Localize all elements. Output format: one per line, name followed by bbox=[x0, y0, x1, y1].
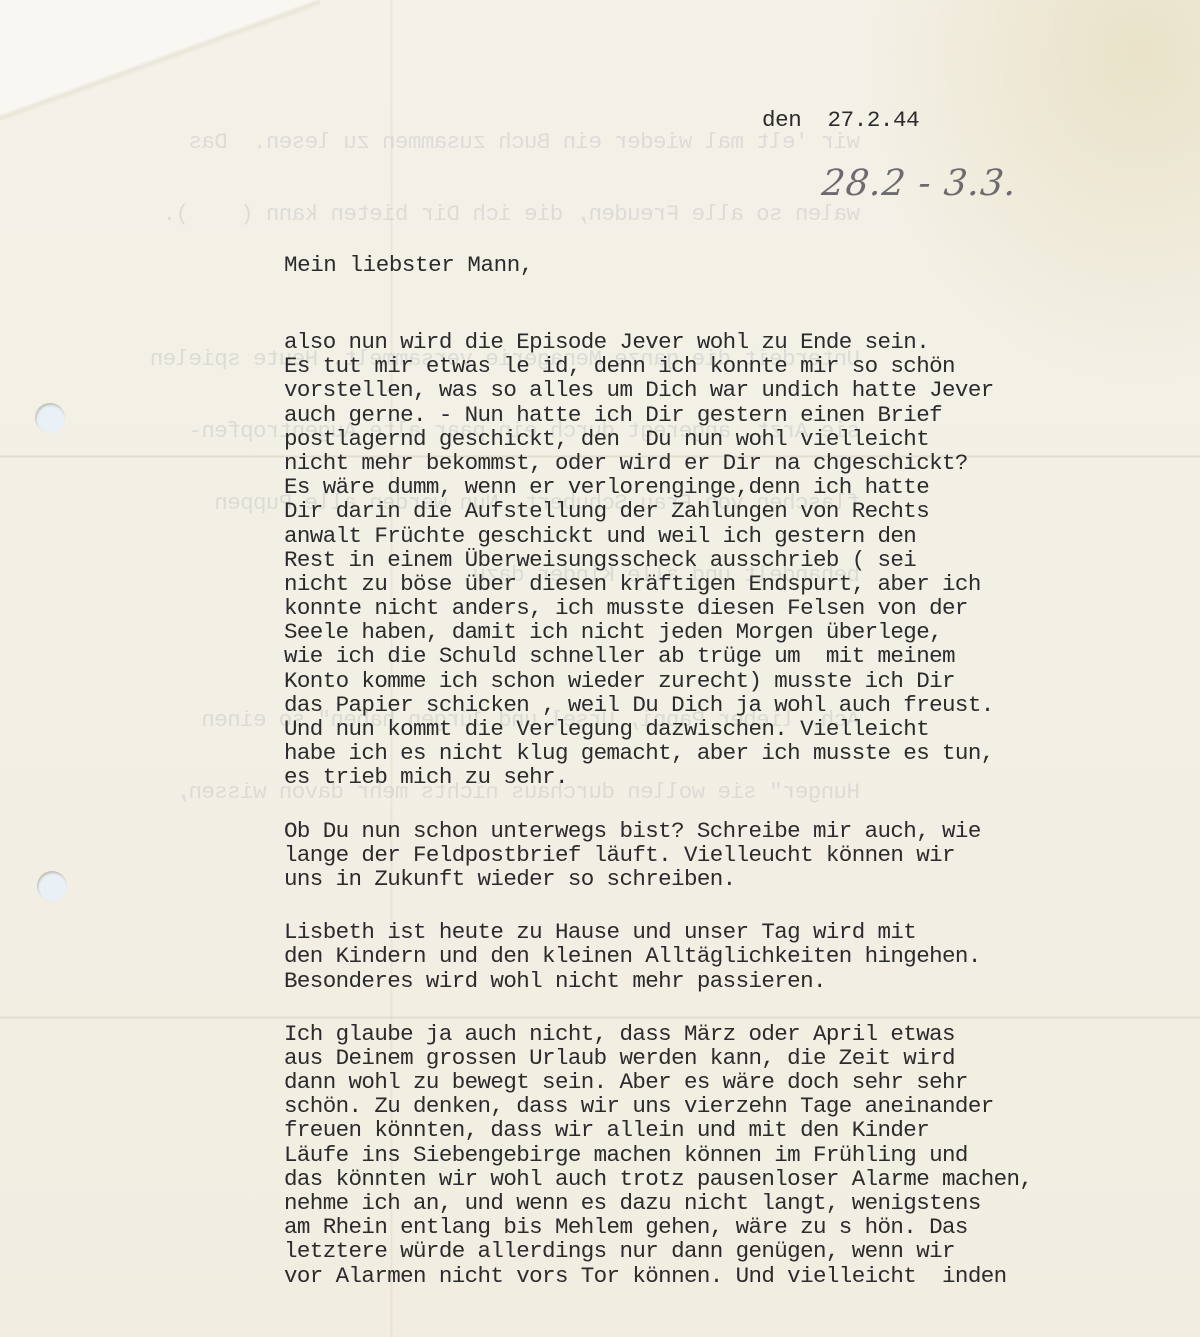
text-line: aus Deinem grossen Urlaub werden kann, d… bbox=[284, 1046, 1164, 1070]
handwritten-date-range: 28.2 - 3.3. bbox=[820, 163, 1019, 204]
text-line: vorstellen, was so alles um Dich war und… bbox=[284, 378, 1164, 402]
paragraph-3: Lisbeth ist heute zu Hause und unser Tag… bbox=[284, 920, 1164, 993]
paragraph-4: Ich glaube ja auch nicht, dass März oder… bbox=[284, 1022, 1164, 1288]
letter-paper: wir 'elt mal wieder ein Buch zusammen zu… bbox=[0, 0, 1200, 1337]
text-line: wie ich die Schuld schneller ab trüge um… bbox=[284, 644, 1164, 668]
text-line: das Papier schicken , weil Du Dich ja wo… bbox=[284, 693, 1164, 717]
bleed-line: walen so alle Freuden, die ich Dir biete… bbox=[100, 202, 860, 226]
text-line: nehme ich an, und wenn es dazu nicht lan… bbox=[284, 1191, 1164, 1215]
text-line: habe ich es nicht klug gemacht, aber ich… bbox=[284, 741, 1164, 765]
text-line: anwalt Früchte geschickt und weil ich ge… bbox=[284, 524, 1164, 548]
text-line: es trieb mich zu sehr. bbox=[284, 765, 1164, 789]
text-line: am Rhein entlang bis Mehlem gehen, wäre … bbox=[284, 1215, 1164, 1239]
text-line: dann wohl zu bewegt sein. Aber es wäre d… bbox=[284, 1070, 1164, 1094]
text-line: auch gerne. - Nun hatte ich Dir gestern … bbox=[284, 403, 1164, 427]
text-line: konnte nicht anders, ich musste diesen F… bbox=[284, 596, 1164, 620]
text-line: nicht mehr bekommst, oder wird er Dir na… bbox=[284, 451, 1164, 475]
text-line: Ich glaube ja auch nicht, dass März oder… bbox=[284, 1022, 1164, 1046]
text-line: schön. Zu denken, dass wir uns vierzehn … bbox=[284, 1094, 1164, 1118]
text-line: freuen könnten, dass wir allein und mit … bbox=[284, 1118, 1164, 1142]
text-line: lange der Feldpostbrief läuft. Vielleuch… bbox=[284, 843, 1164, 867]
punch-hole bbox=[37, 871, 67, 901]
text-line: letztere würde allerdings nur dann genüg… bbox=[284, 1239, 1164, 1263]
punch-hole bbox=[35, 403, 65, 433]
text-line: das könnten wir wohl auch trotz pausenlo… bbox=[284, 1167, 1164, 1191]
letter-body: also nun wird die Episode Jever wohl zu … bbox=[284, 330, 1164, 1317]
bleed-line: wir 'elt mal wieder ein Buch zusammen zu… bbox=[100, 130, 860, 154]
text-line: Seele haben, damit ich nicht jeden Morge… bbox=[284, 620, 1164, 644]
text-line: also nun wird die Episode Jever wohl zu … bbox=[284, 330, 1164, 354]
salutation: Mein liebster Mann, bbox=[284, 252, 533, 278]
letter-date: den 27.2.44 bbox=[762, 107, 919, 133]
text-line: Ob Du nun schon unterwegs bist? Schreibe… bbox=[284, 819, 1164, 843]
text-line: Es tut mir etwas le id, denn ich konnte … bbox=[284, 354, 1164, 378]
text-line: Lisbeth ist heute zu Hause und unser Tag… bbox=[284, 920, 1164, 944]
text-line: Besonderes wird wohl nicht mehr passiere… bbox=[284, 969, 1164, 993]
text-line: nicht zu böse über diesen kräftigen Ends… bbox=[284, 572, 1164, 596]
text-line: Dir darin die Aufstellung der Zahlungen … bbox=[284, 499, 1164, 523]
text-line: postlagernd geschickt, den Du nun wohl v… bbox=[284, 427, 1164, 451]
bleed-line bbox=[100, 274, 860, 298]
paragraph-1: also nun wird die Episode Jever wohl zu … bbox=[284, 330, 1164, 790]
paragraph-2: Ob Du nun schon unterwegs bist? Schreibe… bbox=[284, 819, 1164, 892]
text-line: Läufe ins Siebengebirge machen können im… bbox=[284, 1143, 1164, 1167]
text-line: Und nun kommt die Verlegung dazwischen. … bbox=[284, 717, 1164, 741]
text-line: Rest in einem Überweisungsscheck ausschr… bbox=[284, 548, 1164, 572]
text-line: den Kindern und den kleinen Alltäglichke… bbox=[284, 944, 1164, 968]
text-line: uns in Zukunft wieder so schreiben. bbox=[284, 867, 1164, 891]
text-line: Konto komme ich schon wieder zurecht) mu… bbox=[284, 669, 1164, 693]
text-line: vor Alarmen nicht vors Tor können. Und v… bbox=[284, 1264, 1164, 1288]
text-line: Es wäre dumm, wenn er verlorenginge,denn… bbox=[284, 475, 1164, 499]
